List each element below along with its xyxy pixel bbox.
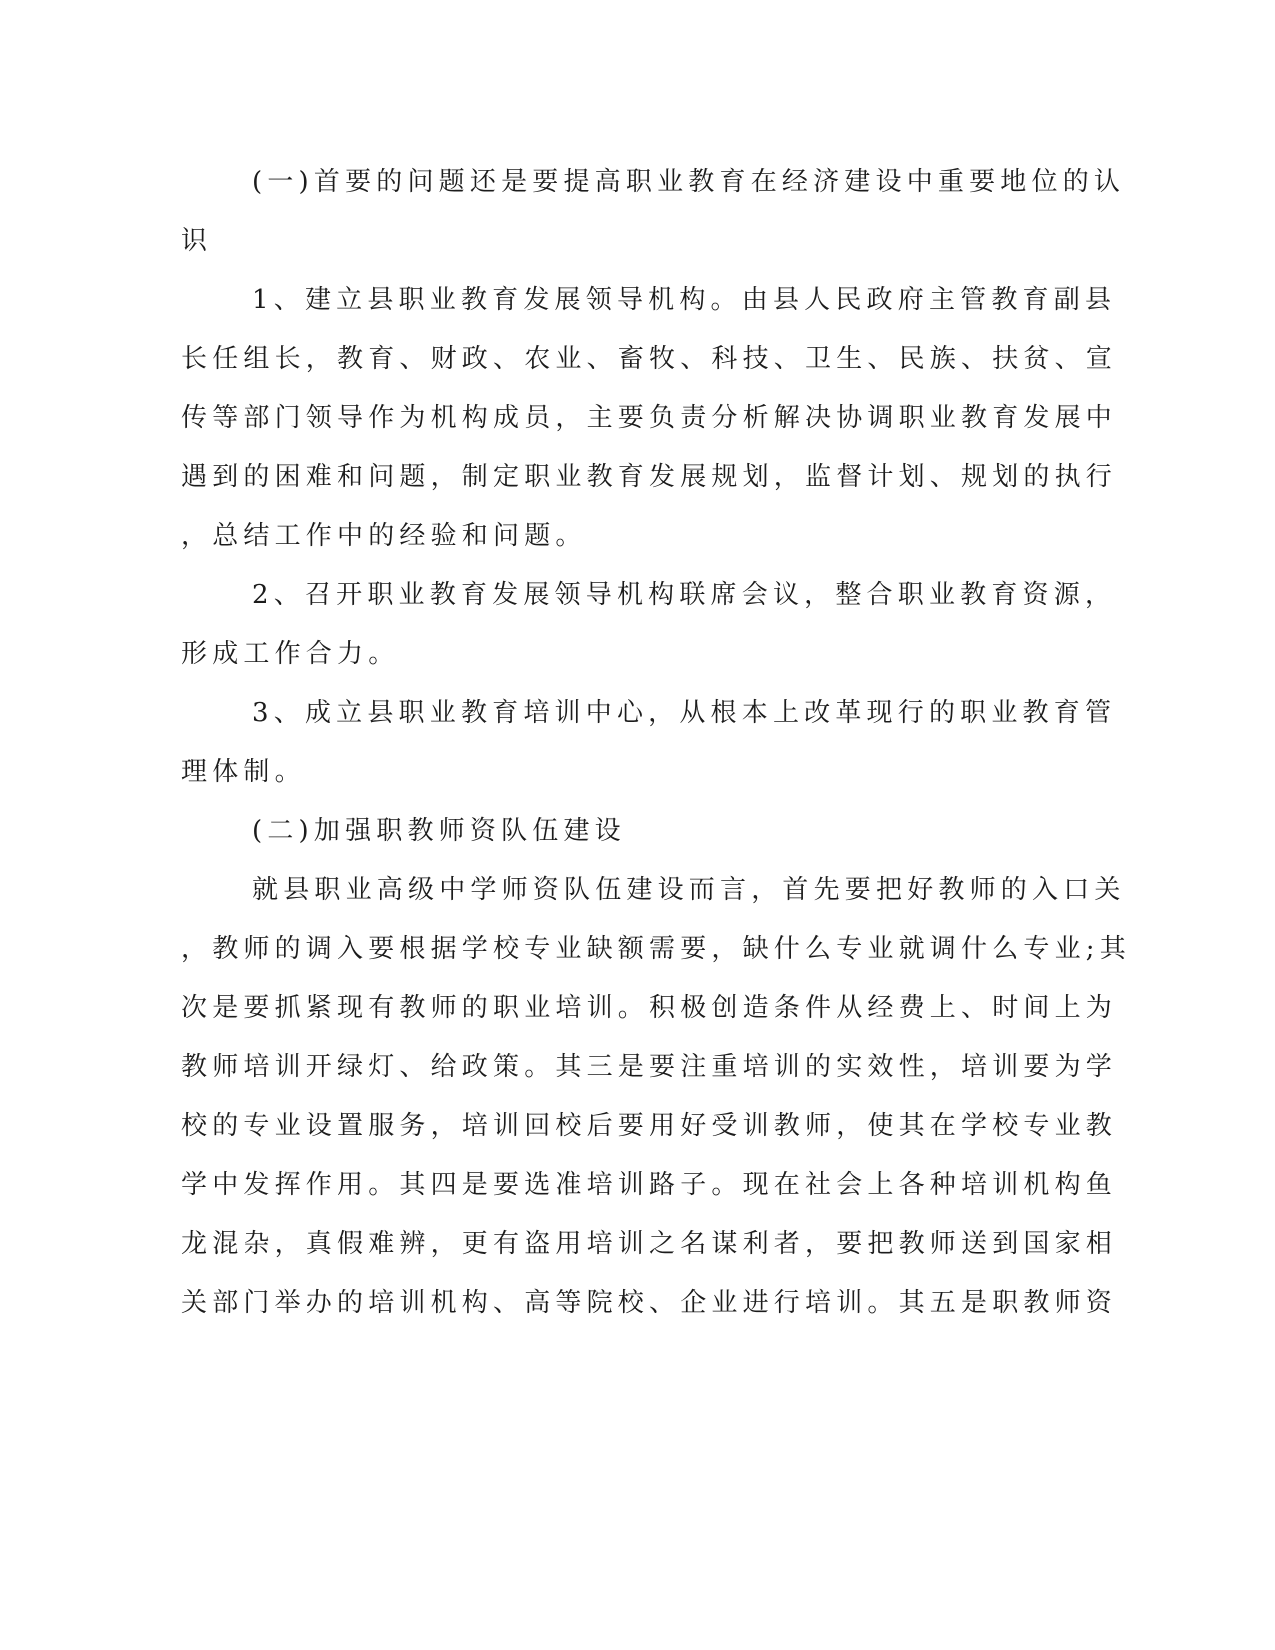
text-line: 理体制。: [181, 757, 306, 787]
list-item-2: 2、召开职业教育发展领导机构联席会议，整合职业教育资源，: [252, 580, 1116, 610]
text-line: 教师培训开绿灯、给政策。其三是要注重培训的实效性，培训要为学: [181, 1052, 1117, 1082]
paragraph-start: 就县职业高级中学师资队伍建设而言，首先要把好教师的入口关: [252, 875, 1126, 905]
text-line: 识: [181, 226, 212, 256]
section-heading-2: (二)加强职教师资队伍建设: [252, 816, 626, 846]
text-line: 次是要抓紧现有教师的职业培训。积极创造条件从经费上、时间上为: [181, 993, 1117, 1023]
text-line: 校的专业设置服务，培训回校后要用好受训教师，使其在学校专业教: [181, 1111, 1117, 1141]
text-line: 传等部门领导作为机构成员，主要负责分析解决协调职业教育发展中: [181, 403, 1117, 433]
text-line: 遇到的困难和问题，制定职业教育发展规划，监督计划、规划的执行: [181, 462, 1117, 492]
text-line: 龙混杂，真假难辨，更有盗用培训之名谋利者，要把教师送到国家相: [181, 1229, 1117, 1259]
text-line: 关部门举办的培训机构、高等院校、企业进行培训。其五是职教师资: [181, 1288, 1117, 1318]
text-line: 形成工作合力。: [181, 639, 399, 669]
list-item-3: 3、成立县职业教育培训中心，从根本上改革现行的职业教育管: [252, 698, 1116, 728]
text-line: ，教师的调入要根据学校专业缺额需要，缺什么专业就调什么专业;其: [181, 934, 1131, 964]
text-line: 学中发挥作用。其四是要选准培训路子。现在社会上各种培训机构鱼: [181, 1170, 1117, 1200]
document-page: (一)首要的问题还是要提高职业教育在经济建设中重要地位的认 识 1、建立县职业教…: [0, 0, 1275, 1650]
list-item-1: 1、建立县职业教育发展领导机构。由县人民政府主管教育副县: [252, 285, 1116, 315]
section-heading-1: (一)首要的问题还是要提高职业教育在经济建设中重要地位的认: [252, 167, 1125, 197]
text-line: 长任组长，教育、财政、农业、畜牧、科技、卫生、民族、扶贫、宣: [181, 344, 1117, 374]
text-line: ，总结工作中的经验和问题。: [181, 521, 587, 551]
